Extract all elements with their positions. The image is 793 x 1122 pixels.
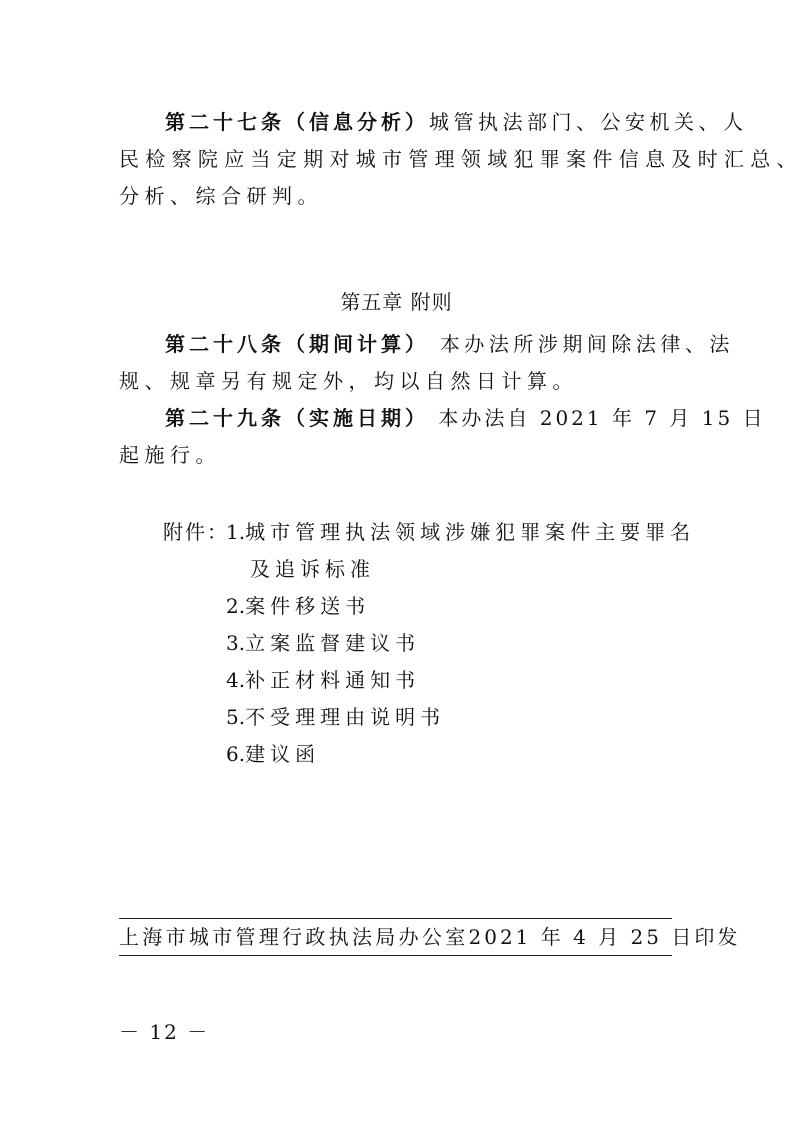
- attachment-item-4: 4.补正材料通知书: [226, 668, 420, 692]
- imprint-bottom-rule: [119, 955, 672, 956]
- attachment-item-1-continuation: 及追诉标准: [250, 557, 375, 581]
- attachment-title: 城市管理执法领域涉嫌犯罪案件主要罪名: [245, 520, 695, 544]
- attachment-title: 不受理理由说明书: [245, 705, 445, 729]
- attachment-number: 6.: [226, 742, 245, 766]
- imprint-line: 上海市城市管理行政执法局办公室 2021 年 4 月 25 日印发: [119, 925, 672, 949]
- chapter-heading: 第五章 附则: [0, 290, 793, 314]
- page-number: － 12 －: [119, 1020, 209, 1044]
- imprint-date: 2021 年 4 月 25 日印发: [469, 925, 741, 949]
- attachment-number: 4.: [226, 668, 245, 692]
- attachment-number: 5.: [226, 705, 245, 729]
- article-28-line-1: 第二十八条（期间计算） 本办法所涉期间除法律、法: [165, 332, 672, 356]
- attachment-item-2: 2.案件移送书: [226, 594, 370, 618]
- attachment-title: 立案监督建议书: [245, 631, 420, 655]
- imprint-issuer: 上海市城市管理行政执法局办公室: [119, 925, 469, 949]
- attachment-item-1: 1.城市管理执法领域涉嫌犯罪案件主要罪名: [226, 520, 695, 544]
- attachment-number: 3.: [226, 631, 245, 655]
- article-29-line-2: 起施行。: [119, 443, 672, 467]
- article-27-text: 城管执法部门、公安机关、人: [429, 110, 748, 134]
- article-29-line-1: 第二十九条（实施日期） 本办法自 2021 年 7 月 15 日: [165, 406, 672, 430]
- article-28-title: 第二十八条（期间计算）: [165, 332, 429, 356]
- article-28-line-2: 规、规章另有规定外，均以自然日计算。: [119, 369, 672, 393]
- article-29-text: 本办法自 2021 年 7 月 15 日: [429, 406, 766, 430]
- article-27-line-2: 民检察院应当定期对城市管理领域犯罪案件信息及时汇总、: [119, 147, 672, 171]
- attachments-label: 附件：: [163, 520, 229, 544]
- attachment-title: 建议函: [245, 742, 320, 766]
- attachment-title: 补正材料通知书: [245, 668, 420, 692]
- article-28-text: 本办法所涉期间除法律、法: [429, 332, 734, 356]
- attachment-title: 案件移送书: [245, 594, 370, 618]
- article-27-title: 第二十七条（信息分析）: [165, 110, 429, 134]
- attachment-item-3: 3.立案监督建议书: [226, 631, 420, 655]
- article-27-line-3: 分析、综合研判。: [119, 184, 672, 208]
- article-27-line-1: 第二十七条（信息分析）城管执法部门、公安机关、人: [165, 110, 672, 134]
- attachment-item-5: 5.不受理理由说明书: [226, 705, 445, 729]
- imprint-top-rule: [119, 918, 672, 919]
- document-page: 第二十七条（信息分析）城管执法部门、公安机关、人 民检察院应当定期对城市管理领域…: [0, 0, 793, 1122]
- article-29-title: 第二十九条（实施日期）: [165, 406, 429, 430]
- attachment-number: 2.: [226, 594, 245, 618]
- attachment-number: 1.: [226, 520, 245, 544]
- attachment-item-6: 6.建议函: [226, 742, 320, 766]
